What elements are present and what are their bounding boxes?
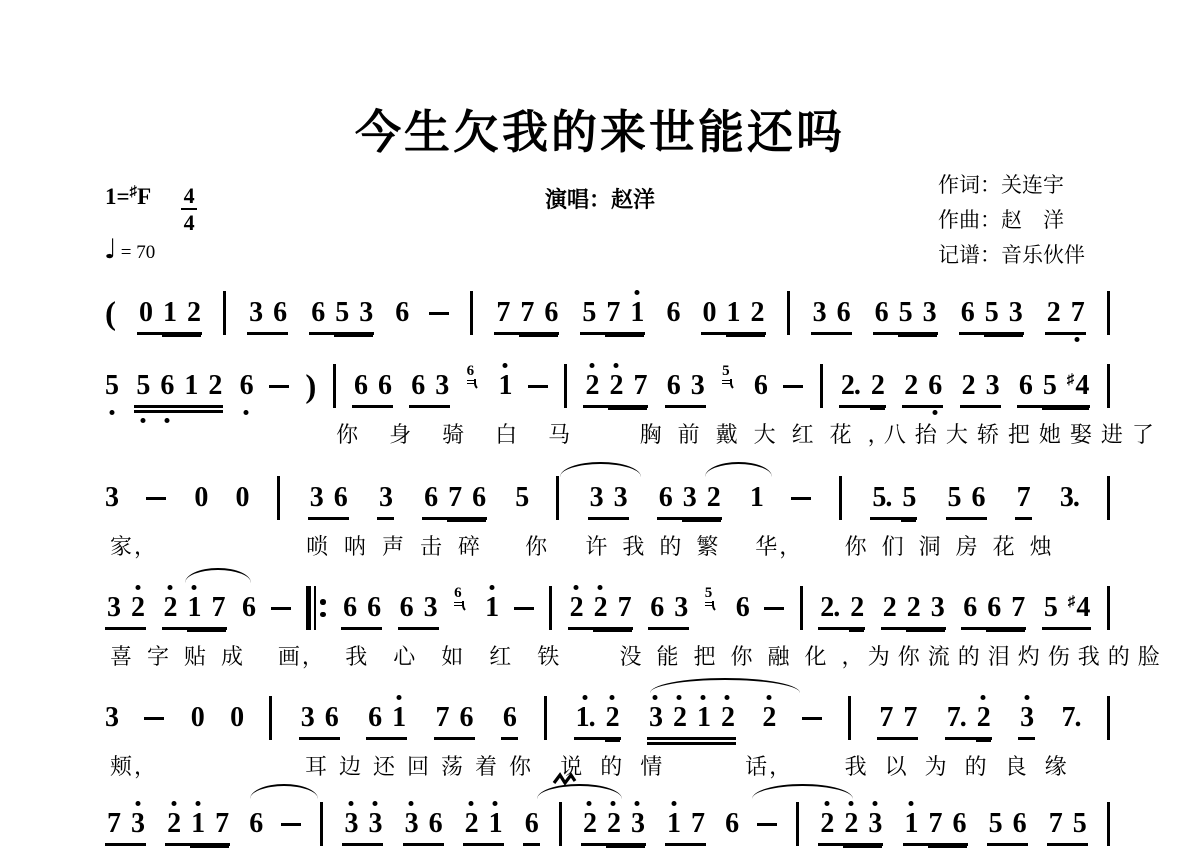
mordent-mark xyxy=(552,772,578,785)
note-digit: 6 xyxy=(987,592,1000,623)
note-digit: 2 xyxy=(762,702,775,733)
beam-group: 6 xyxy=(523,810,540,846)
note-digit: 3 xyxy=(310,482,323,513)
note: 7. xyxy=(947,704,966,732)
note-digit: 7 xyxy=(879,702,892,733)
sub-beam-group: 67 xyxy=(987,594,1024,622)
beam-group: 667 xyxy=(961,594,1026,630)
note: 3 xyxy=(405,810,418,838)
note: 7. xyxy=(1061,704,1080,732)
note-digit: 6 xyxy=(754,370,767,401)
note-digit: 6 xyxy=(650,592,663,623)
note: 1 xyxy=(485,594,498,622)
note: 7 xyxy=(448,484,461,512)
note-digit: 1 xyxy=(485,592,498,623)
beam-group: 653 xyxy=(873,299,938,335)
note-digit: 1 xyxy=(498,370,511,401)
note-digit: 3 xyxy=(379,482,392,513)
barline xyxy=(1107,476,1110,520)
note: 3 xyxy=(931,594,944,622)
note: 6 xyxy=(650,594,663,622)
note-digit: 2 xyxy=(707,482,720,513)
note: 3 xyxy=(631,810,644,838)
grace-digit: 6 xyxy=(454,586,462,606)
note-digit: 6 xyxy=(424,482,437,513)
note: 0 xyxy=(235,484,248,512)
note-digit: 6 xyxy=(378,370,391,401)
lyric-segment: 家， xyxy=(110,530,158,561)
note-digit: 6 xyxy=(249,808,262,839)
note: 7 xyxy=(633,372,646,400)
note-digit: 1 xyxy=(667,808,680,839)
high-octave-dot xyxy=(671,801,676,806)
beam-group: 1.2 xyxy=(574,704,621,740)
high-octave-dot xyxy=(583,695,588,700)
note-digit: 3 xyxy=(923,297,936,328)
note: 3 xyxy=(590,484,603,512)
note-digit: 7 xyxy=(633,370,646,401)
note-digit: 3 xyxy=(590,482,603,513)
lyric-segment: 话， xyxy=(745,750,793,781)
note-digit: 2 xyxy=(208,370,221,401)
lyric-segment: 颊， xyxy=(110,750,158,781)
sub-beam-group: 2 xyxy=(850,594,863,622)
high-octave-dot xyxy=(610,695,615,700)
beam-group: 76 xyxy=(434,704,475,740)
note: 3 xyxy=(359,299,372,327)
dash-rest xyxy=(271,607,291,611)
barline xyxy=(1107,291,1110,335)
key-time-block: 1=♯F 4 4 xyxy=(105,184,197,234)
beam-group: 012 xyxy=(137,299,202,335)
note: 7 xyxy=(1049,810,1062,838)
beam-group: 63 xyxy=(409,372,450,408)
notes-row: 556126)66636122763562.2262365♯4 xyxy=(105,358,1110,408)
note: 6 xyxy=(961,299,974,327)
lyric-segment: 许我的繁 xyxy=(585,530,733,561)
note: 3 xyxy=(105,484,118,512)
beam-group: 3 xyxy=(377,484,394,520)
beam-group: 61 xyxy=(366,704,407,740)
note: 1 xyxy=(697,704,710,732)
composer-credit: 作曲：赵 洋 xyxy=(938,203,1168,238)
note-digit: 5 xyxy=(948,482,961,513)
note: 7 xyxy=(1071,299,1084,327)
repeat-dots xyxy=(320,599,326,617)
beam-group: 32 xyxy=(105,594,146,630)
dash-rest xyxy=(757,823,777,827)
note-digit: 1 xyxy=(191,808,204,839)
repeat-thin-bar xyxy=(314,586,316,630)
barline xyxy=(796,802,799,846)
note: 7 xyxy=(1011,594,1024,622)
note-digit: 3 xyxy=(359,297,372,328)
note: 6 xyxy=(503,704,516,732)
note: 6 xyxy=(667,372,680,400)
note-digit: 3 xyxy=(931,592,944,623)
note-digit: 1 xyxy=(392,702,405,733)
note: 7 xyxy=(212,594,225,622)
note-digit: 2 xyxy=(850,592,863,623)
note-digit: 2 xyxy=(844,808,857,839)
note-digit: 3 xyxy=(344,808,357,839)
barline xyxy=(1107,802,1110,846)
note: 2. xyxy=(820,594,839,622)
note-digit: 5 xyxy=(1073,808,1086,839)
note: 2 xyxy=(208,372,221,400)
note: 6 xyxy=(400,594,413,622)
note-digit: 3. xyxy=(1060,482,1079,513)
note: 5 xyxy=(902,484,915,512)
note: 5 xyxy=(899,299,912,327)
dash-rest xyxy=(146,497,166,501)
note-digit: 4 xyxy=(1076,592,1089,623)
low-octave-dot xyxy=(932,410,937,415)
note: 3. xyxy=(1060,484,1079,512)
note: 1 xyxy=(489,810,502,838)
beam-group: 63 xyxy=(398,594,439,630)
note: 5 xyxy=(1044,594,1057,622)
beam-group: 33 xyxy=(588,484,629,520)
note-digit: 2 xyxy=(883,592,896,623)
high-octave-dot xyxy=(981,695,986,700)
note-digit: 2 xyxy=(570,592,583,623)
note-digit: 3 xyxy=(649,702,662,733)
note-digit: 2 xyxy=(904,370,917,401)
note-digit: 1 xyxy=(750,482,763,513)
high-octave-dot xyxy=(701,695,706,700)
note: 6 xyxy=(311,299,324,327)
note-digit: 5 xyxy=(989,808,1002,839)
note: 3 xyxy=(105,704,118,732)
note: 6 xyxy=(659,484,672,512)
note: 3 xyxy=(868,810,881,838)
sub-beam-group: 23 xyxy=(844,810,881,838)
note: 1 xyxy=(727,299,740,327)
barline xyxy=(470,291,473,335)
note-digit: 2 xyxy=(962,370,975,401)
barline xyxy=(787,291,790,335)
note: 6 xyxy=(1013,810,1026,838)
note-digit: 2. xyxy=(820,592,839,623)
note: 3 xyxy=(683,484,696,512)
tempo-marking: ♩= 70 xyxy=(104,234,155,265)
note-digit: 3 xyxy=(435,370,448,401)
grace-note: 6 xyxy=(454,586,470,606)
slur-mark xyxy=(185,568,250,583)
note-digit: 7 xyxy=(1071,297,1084,328)
note-digit: 5 xyxy=(899,297,912,328)
note: 2 xyxy=(187,299,200,327)
note-digit: 3 xyxy=(424,592,437,623)
score-line-5: 30036617661.232122777.237.颊，耳边还回荡着你说的情话，… xyxy=(105,690,1110,740)
note-digit: 5 xyxy=(335,297,348,328)
note-digit: 3 xyxy=(105,702,118,733)
note-digit: 6 xyxy=(525,808,538,839)
beam-group: 7.2 xyxy=(945,704,992,740)
beam-group: 56 xyxy=(946,484,987,520)
sub-beam-group: 53 xyxy=(335,299,372,327)
barline xyxy=(820,364,823,408)
note-digit: 0 xyxy=(235,482,248,513)
beam-group: 571 xyxy=(580,299,645,335)
lyric-segment: 为你流的泪灼伤我的脸 xyxy=(868,640,1168,671)
note-digit: 3 xyxy=(131,808,144,839)
note: 7 xyxy=(929,810,942,838)
barline xyxy=(333,364,336,408)
note: 2 xyxy=(570,594,583,622)
note-digit: 6 xyxy=(354,370,367,401)
sharp-icon: ♯ xyxy=(1067,372,1075,388)
beam-group: 36 xyxy=(247,299,288,335)
dash-rest xyxy=(783,385,803,389)
barline xyxy=(1107,696,1110,740)
note: 1 xyxy=(905,810,918,838)
note-digit: 6 xyxy=(242,592,255,623)
note: 2 xyxy=(164,594,177,622)
barline xyxy=(269,696,272,740)
note-digit: 5 xyxy=(985,297,998,328)
lyricist-credit: 作词：关连宇 xyxy=(938,168,1168,203)
score-line-3: 30036367653363215.55673.家，唢呐声击碎你许我的繁华，你们… xyxy=(105,470,1110,520)
beam-group: 223 xyxy=(818,810,883,846)
note-digit: 6 xyxy=(1019,370,1032,401)
beam-group: 6 xyxy=(501,704,518,740)
repeat-dot xyxy=(320,612,326,618)
note-digit: 0 xyxy=(191,702,204,733)
high-octave-dot xyxy=(348,801,353,806)
beam-group: 36 xyxy=(811,299,852,335)
note: 3 xyxy=(923,299,936,327)
note-digit: 7 xyxy=(448,482,461,513)
lyric-segment: 喜字贴成 xyxy=(110,640,258,671)
dash-rest xyxy=(528,385,548,389)
beam-group: 36 xyxy=(299,704,340,740)
note-digit: 6 xyxy=(240,370,253,401)
dash-rest xyxy=(429,312,449,316)
note-digit: 7 xyxy=(107,808,120,839)
note: 2 xyxy=(883,594,896,622)
note-digit: 7 xyxy=(618,592,631,623)
note: 6 xyxy=(411,372,424,400)
sharp-icon: ♯ xyxy=(1068,594,1076,610)
note: 2 xyxy=(585,372,598,400)
note-digit: 7 xyxy=(1011,592,1024,623)
note-digit: 2. xyxy=(841,370,860,401)
note-digit: 2 xyxy=(606,702,619,733)
note-digit: 6 xyxy=(725,808,738,839)
note: 2 xyxy=(844,810,857,838)
note: 2. xyxy=(841,372,860,400)
note: 2 xyxy=(167,810,180,838)
high-octave-dot xyxy=(635,801,640,806)
note: 5 xyxy=(105,372,118,400)
note: 6 xyxy=(725,810,738,838)
note: 6 xyxy=(334,484,347,512)
note: 0 xyxy=(139,299,152,327)
note-digit: 6 xyxy=(411,370,424,401)
note-digit: 2 xyxy=(465,808,478,839)
note: 2 xyxy=(609,372,622,400)
high-octave-dot xyxy=(587,801,592,806)
note: 2 xyxy=(606,704,619,732)
note: 5 xyxy=(1073,810,1086,838)
note-digit: 7 xyxy=(436,702,449,733)
note: 3 xyxy=(986,372,999,400)
note: 2 xyxy=(707,484,720,512)
lyric-segment: 耳边还回荡着你 xyxy=(305,750,543,781)
note: 1 xyxy=(392,704,405,732)
note: 1. xyxy=(576,704,595,732)
note: 6 xyxy=(354,372,367,400)
barline xyxy=(320,802,323,846)
note-digit: 6 xyxy=(343,592,356,623)
note: 3 xyxy=(131,810,144,838)
note-digit: 7 xyxy=(496,297,509,328)
barline xyxy=(564,364,567,408)
note-digit: 3 xyxy=(683,482,696,513)
note: 7 xyxy=(618,594,631,622)
repeat-begin-sign xyxy=(306,586,326,630)
note-digit: 5 xyxy=(1043,370,1056,401)
sub-beam-group: 53 xyxy=(985,299,1022,327)
note-digit: 2 xyxy=(164,592,177,623)
note: 2 xyxy=(751,299,764,327)
barline xyxy=(1107,586,1110,630)
lyric-segment: 你们洞房花烛 xyxy=(845,530,1067,561)
note-digit: 1 xyxy=(727,297,740,328)
barline xyxy=(223,291,226,335)
note: 7 xyxy=(1017,484,1030,512)
note: 3 xyxy=(674,594,687,622)
high-octave-dot xyxy=(634,290,639,295)
note: 0 xyxy=(194,484,207,512)
sub-beam-group: 76 xyxy=(448,484,485,512)
high-octave-dot xyxy=(574,585,579,590)
beam-group: 217 xyxy=(165,810,230,846)
note-digit: 3 xyxy=(368,808,381,839)
beam-group: 176 xyxy=(903,810,968,846)
note-digit: 6 xyxy=(875,297,888,328)
note-digit: 6 xyxy=(1013,808,1026,839)
note-digit: 3 xyxy=(1009,297,1022,328)
note-digit: 4 xyxy=(1075,370,1088,401)
note: 2 xyxy=(594,594,607,622)
sub-beam-group: 27 xyxy=(594,594,631,622)
barline xyxy=(800,586,803,630)
note-digit: 0 xyxy=(703,297,716,328)
note: 1 xyxy=(184,372,197,400)
note-digit: 1 xyxy=(905,808,918,839)
beam-group: 776 xyxy=(494,299,559,335)
low-octave-dot xyxy=(244,410,249,415)
note: 6 xyxy=(963,594,976,622)
high-octave-dot xyxy=(195,801,200,806)
beam-group: 3 xyxy=(1018,704,1035,740)
sub-beam-group: 5 xyxy=(902,484,915,512)
note-digit: 6 xyxy=(972,482,985,513)
note-digit: 0 xyxy=(230,702,243,733)
beam-group: 5♯4 xyxy=(1042,594,1092,630)
note: 3 xyxy=(1009,299,1022,327)
high-octave-dot xyxy=(613,363,618,368)
transcriber-credit: 记谱：音乐伙伴 xyxy=(938,238,1168,273)
note-digit: 3 xyxy=(691,370,704,401)
note-digit: 7 xyxy=(903,702,916,733)
score-line-4: 32217666636122763562.22236675♯4喜字贴成画，我心如… xyxy=(105,580,1110,630)
note-digit: 3 xyxy=(249,297,262,328)
key-prefix: 1= xyxy=(105,184,130,209)
score-line-6: 73217633362162231762231765675 xyxy=(105,796,1110,846)
sharp-icon: ♯ xyxy=(130,184,138,200)
note-digit: 6 xyxy=(963,592,976,623)
note: 2 xyxy=(131,594,144,622)
barline xyxy=(277,476,280,520)
lyric-segment: 唢呐声击碎 xyxy=(306,530,496,561)
lyric-segment: 没能把你融化， xyxy=(620,640,879,671)
slur-mark xyxy=(537,784,621,799)
time-numerator: 4 xyxy=(184,184,195,207)
note: 7 xyxy=(606,299,619,327)
lyric-segment: 画， xyxy=(278,640,326,671)
note-digit: 6 xyxy=(395,297,408,328)
high-octave-dot xyxy=(168,585,173,590)
high-octave-dot xyxy=(396,695,401,700)
lyric-segment: 我以为的良缘 xyxy=(845,750,1085,781)
sub-beam-group: 12 xyxy=(727,299,764,327)
high-octave-dot xyxy=(409,801,414,806)
note: 6 xyxy=(472,484,485,512)
grace-digit: 5 xyxy=(722,364,730,384)
beam-group: 63 xyxy=(648,594,689,630)
high-octave-dot xyxy=(1024,695,1029,700)
beam-group: 653 xyxy=(959,299,1024,335)
slur-mark xyxy=(705,462,772,477)
note: 5 xyxy=(136,372,149,400)
note-digit: 1 xyxy=(163,297,176,328)
lyric-segment: 华， xyxy=(755,530,803,561)
note-digit: 7 xyxy=(1049,808,1062,839)
score-line-2: 556126)66636122763562.2262365♯4你身骑白马胸前戴大… xyxy=(105,358,1110,408)
grace-note: 5 xyxy=(722,364,738,384)
note-digit: 2 xyxy=(977,702,990,733)
note: 0 xyxy=(191,704,204,732)
barline xyxy=(549,586,552,630)
note: 6 xyxy=(378,372,391,400)
high-octave-dot xyxy=(171,801,176,806)
note: 7 xyxy=(520,299,533,327)
note: 2 xyxy=(850,594,863,622)
beam-group: 63 xyxy=(665,372,706,408)
note-digit: 5 xyxy=(105,370,118,401)
note-digit: 6 xyxy=(367,592,380,623)
note-digit: 3 xyxy=(614,482,627,513)
note: 6 xyxy=(249,810,262,838)
lyrics-row: 喜字贴成画，我心如红铁没能把你融化，为你流的泪灼伤我的脸 xyxy=(105,640,1110,670)
sub-beam-group: 76 xyxy=(929,810,966,838)
high-octave-dot xyxy=(725,695,730,700)
note-digit: 2 xyxy=(907,592,920,623)
note: 2 xyxy=(871,372,884,400)
note-digit: 7 xyxy=(929,808,942,839)
notes-row: 32217666636122763562.22236675♯4 xyxy=(105,580,1110,630)
note-digit: 3 xyxy=(1020,702,1033,733)
note: 2 xyxy=(820,810,833,838)
note: 6 xyxy=(544,299,557,327)
notes-row: 73217633362162231762231765675 xyxy=(105,796,1110,846)
note: 6 xyxy=(325,704,338,732)
beam-group: 27 xyxy=(1045,299,1086,335)
